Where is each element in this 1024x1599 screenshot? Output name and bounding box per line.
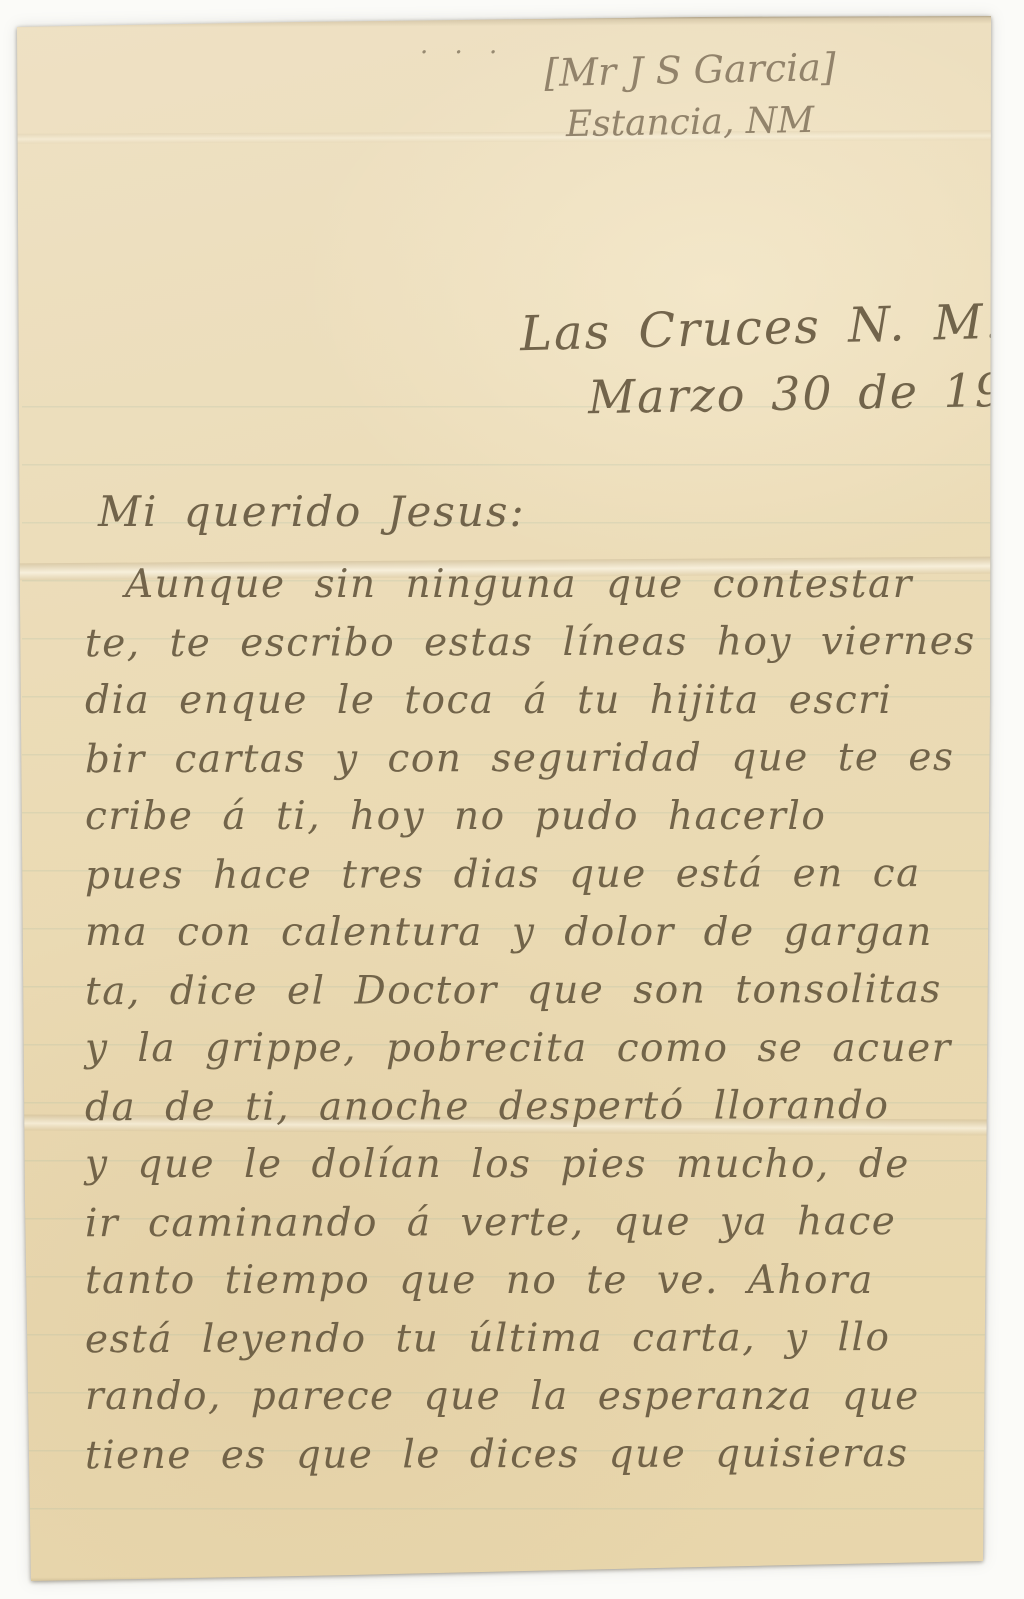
scanned-letter-page: · · · [Mr J S Garcia] Estancia, NM Las C… bbox=[0, 0, 1024, 1599]
paper-top-edge bbox=[17, 14, 994, 28]
salutation: Mi querido Jesus: bbox=[98, 487, 526, 536]
letter-line: da de ti, anoche despertó llorando bbox=[85, 1083, 994, 1143]
letter-line: dia enque le toca á tu hijita escri bbox=[85, 678, 994, 736]
archivist-annotation-place: Estancia, NM bbox=[545, 99, 836, 145]
dateline-place: Las Cruces N. M. bbox=[519, 294, 1002, 363]
letter-line: pues hace tres dias que está en ca bbox=[85, 851, 994, 911]
paper-shadow-wrap: · · · [Mr J S Garcia] Estancia, NM Las C… bbox=[0, 0, 1024, 1599]
letter-line: ir caminando á verte, que ya hace bbox=[85, 1199, 994, 1259]
paper-bottom-edge bbox=[25, 1572, 989, 1585]
letter-line: cribe á ti, hoy no pudo hacerlo bbox=[85, 794, 994, 852]
archivist-annotation-name: [Mr J S Garcia] bbox=[505, 44, 876, 96]
letter-body: Aunque sin ninguna que contestar te, te … bbox=[85, 562, 994, 1490]
letter-line: ta, dice el Doctor que son tonsolitas bbox=[85, 967, 994, 1027]
letter-line: tanto tiempo que no te ve. Ahora bbox=[85, 1258, 994, 1316]
letter-line: bir cartas y con seguridad que te es bbox=[85, 735, 994, 795]
letter-line: te, te escribo estas líneas hoy viernes bbox=[85, 619, 994, 679]
letter-line: está leyendo tu última carta, y llo bbox=[85, 1315, 994, 1375]
letter-line: tiene es que le dices que quisieras bbox=[85, 1431, 994, 1491]
letter-line: y la grippe, pobrecita como se acuer bbox=[85, 1026, 994, 1084]
dateline-date: Marzo 30 de 1906 bbox=[588, 362, 1024, 424]
letter-paper: · · · [Mr J S Garcia] Estancia, NM Las C… bbox=[0, 0, 1024, 1599]
letter-line: ma con calentura y dolor de gargan bbox=[85, 910, 994, 968]
letter-line: Aunque sin ninguna que contestar bbox=[85, 562, 994, 620]
letter-line: y que le dolían los pies mucho, de bbox=[85, 1142, 994, 1200]
pencil-dots: · · · bbox=[420, 38, 506, 68]
letter-line: rando, parece que la esperanza que bbox=[85, 1374, 994, 1432]
fold-crease-top bbox=[17, 130, 992, 143]
